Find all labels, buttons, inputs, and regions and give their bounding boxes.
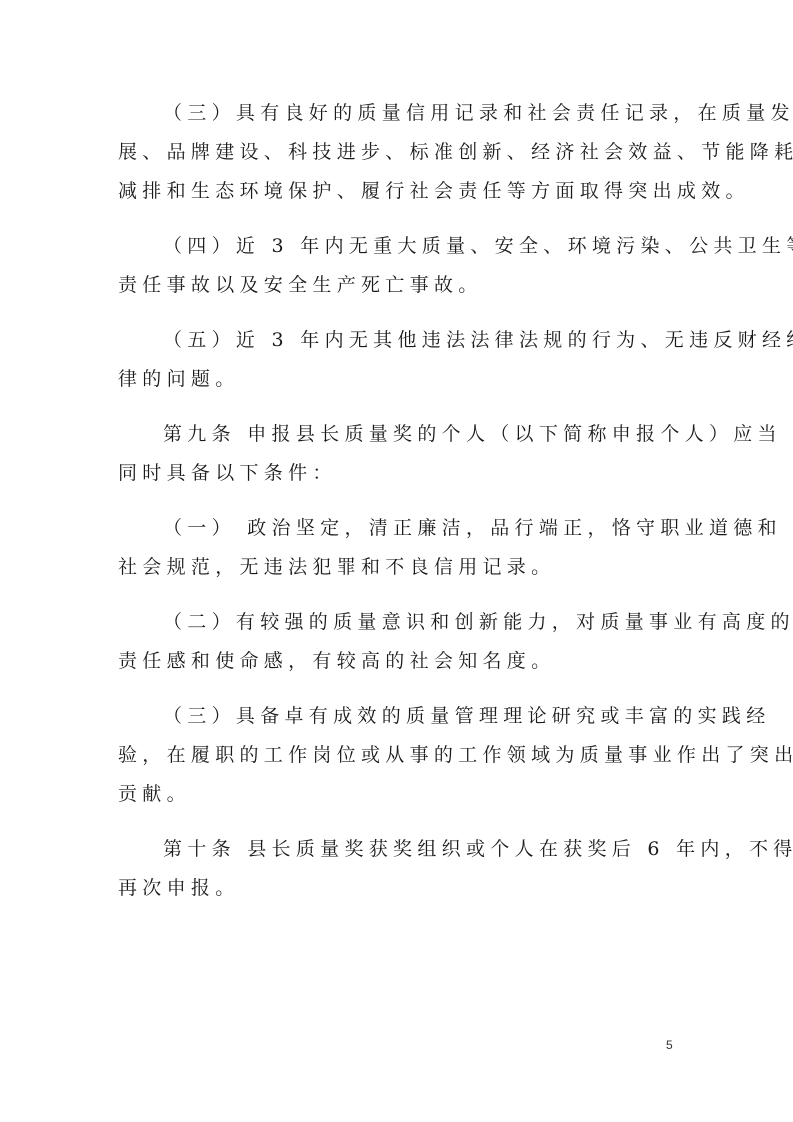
text-line: 减排和生态环境保护、履行社会责任等方面取得突出成效。 <box>118 172 674 211</box>
text-line: 再次申报。 <box>118 869 674 908</box>
text-line: （三）具备卓有成效的质量管理理论研究或丰富的实践经 <box>118 697 674 736</box>
text-line: 第九条 申报县长质量奖的个人（以下简称申报个人）应当 <box>118 415 674 454</box>
text-line: （一） 政治坚定，清正廉洁，品行端正，恪守职业道德和 <box>118 509 674 548</box>
text-line: 责任感和使命感，有较高的社会知名度。 <box>118 642 674 681</box>
text-line: 社会规范，无违法犯罪和不良信用记录。 <box>118 548 674 587</box>
paragraph-article-10: 第十条 县长质量奖获奖组织或个人在获奖后 6 年内，不得 再次申报。 <box>118 830 674 908</box>
text-line: 律的问题。 <box>118 360 674 399</box>
text-line: 验，在履职的工作岗位或从事的工作领域为质量事业作出了突出 <box>118 736 674 775</box>
paragraph-item-5-org: （五）近 3 年内无其他违法法律法规的行为、无违反财经纪 律的问题。 <box>118 321 674 399</box>
text-line: 同时具备以下条件： <box>118 454 674 493</box>
text-line: 展、品牌建设、科技进步、标准创新、经济社会效益、节能降耗 <box>118 133 674 172</box>
text-line: 第十条 县长质量奖获奖组织或个人在获奖后 6 年内，不得 <box>118 830 674 869</box>
text-line: （二）有较强的质量意识和创新能力，对质量事业有高度的 <box>118 603 674 642</box>
text-line: 贡献。 <box>118 775 674 814</box>
paragraph-article-9: 第九条 申报县长质量奖的个人（以下简称申报个人）应当 同时具备以下条件： <box>118 415 674 493</box>
text-line: 责任事故以及安全生产死亡事故。 <box>118 266 674 305</box>
paragraph-item-1-person: （一） 政治坚定，清正廉洁，品行端正，恪守职业道德和 社会规范，无违法犯罪和不良… <box>118 509 674 587</box>
text-line: （三）具有良好的质量信用记录和社会责任记录，在质量发 <box>118 94 674 133</box>
paragraph-item-3-person: （三）具备卓有成效的质量管理理论研究或丰富的实践经 验，在履职的工作岗位或从事的… <box>118 697 674 814</box>
text-line: （五）近 3 年内无其他违法法律法规的行为、无违反财经纪 <box>118 321 674 360</box>
document-page: （三）具有良好的质量信用记录和社会责任记录，在质量发 展、品牌建设、科技进步、标… <box>118 94 674 924</box>
paragraph-item-4-org: （四）近 3 年内无重大质量、安全、环境污染、公共卫生等 责任事故以及安全生产死… <box>118 227 674 305</box>
paragraph-item-2-person: （二）有较强的质量意识和创新能力，对质量事业有高度的 责任感和使命感，有较高的社… <box>118 603 674 681</box>
paragraph-item-3-org: （三）具有良好的质量信用记录和社会责任记录，在质量发 展、品牌建设、科技进步、标… <box>118 94 674 211</box>
page-number: 5 <box>666 1038 673 1052</box>
text-line: （四）近 3 年内无重大质量、安全、环境污染、公共卫生等 <box>118 227 674 266</box>
